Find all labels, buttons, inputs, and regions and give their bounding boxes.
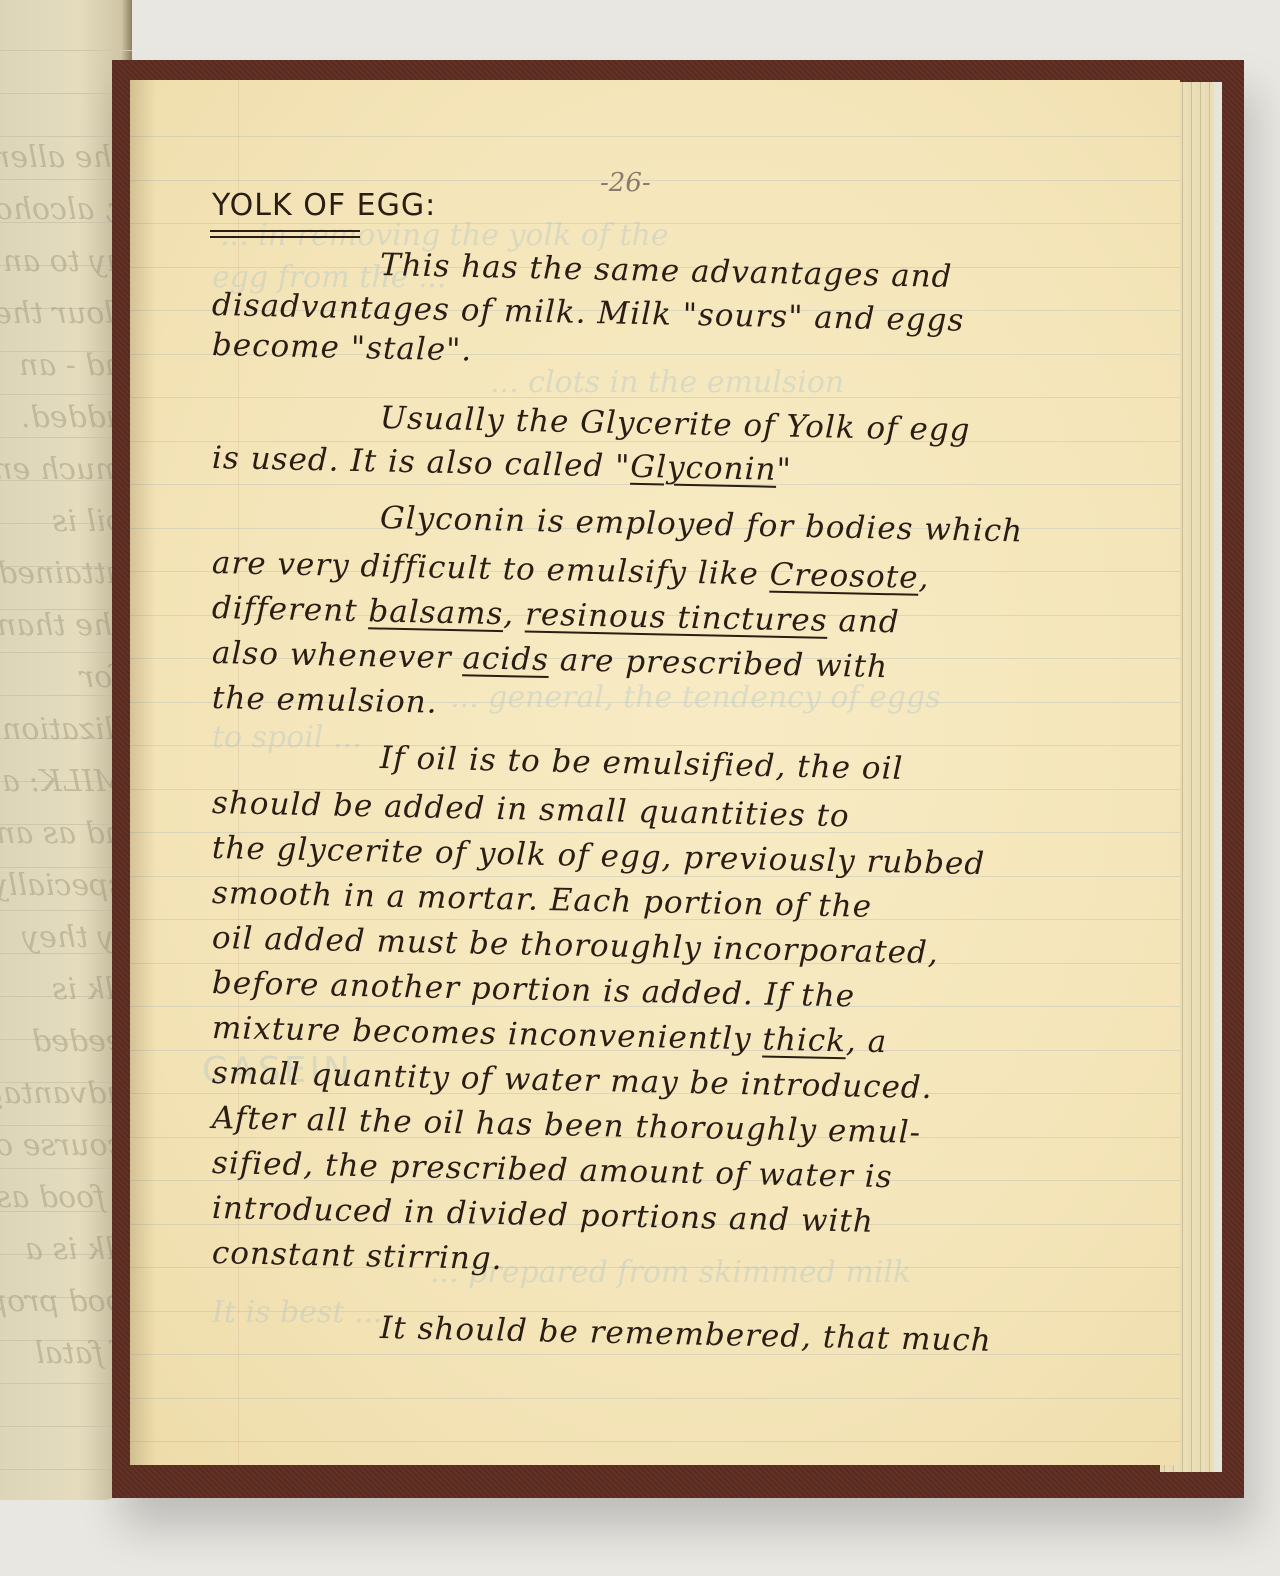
left-page-text: the than [0,608,124,643]
left-page-text: ood prop [0,1284,124,1319]
endpaper-edge [1214,82,1222,1472]
left-page-text: much em [0,452,124,487]
handwritten-line: small quantity of water may be introduce… [212,1055,933,1106]
handwritten-line: introduced in divided portions and with [212,1190,875,1240]
left-page-text: the allery [0,140,124,175]
ruled-line [0,50,132,51]
handwritten-line: should be added in small quantities to [212,785,850,834]
ruled-line [130,1354,1180,1355]
left-page-text: advantag [0,1076,124,1111]
left-page-text: eeded [32,1024,124,1059]
handwritten-line: It should be remembered, that much [380,1310,992,1359]
handwritten-line: This has the same advantages and [380,247,953,295]
handwritten-line: After all the oil has been thoroughly em… [212,1100,922,1151]
left-page-text: nd - an [19,348,124,383]
left-page-text: ly they [22,920,124,955]
ruled-line [130,136,1180,137]
handwritten-line: the glycerite of yolk of egg, previously… [212,830,986,882]
bleed-through-text: ... general, the tendency of eggs [450,680,941,715]
ruled-line [130,1441,1180,1442]
left-page-text: added. [21,400,124,435]
handwritten-line: the emulsion. [212,680,438,721]
left-page-text: r, alcohol [0,192,124,227]
bleed-through-text: ... clots in the emulsion [490,365,844,400]
handwritten-line: If oil is to be emulsified, the oil [380,740,904,787]
handwritten-line: constant stirring. [212,1235,503,1277]
left-page-text: l food as [0,1180,124,1215]
heading-underline [210,230,360,232]
handwritten-line: smooth in a mortar. Each portion of the [212,875,873,925]
handwritten-line: oil added must be thoroughly incorporate… [212,920,939,971]
left-page-text: ilization [2,712,124,747]
left-page-text: specially [0,868,124,903]
bleed-through-text: It is best ... [212,1295,383,1330]
left-page-text: ilk is a [25,1232,124,1267]
handwritten-line: before another portion is added. If the [212,965,856,1014]
left-page-text: f fatal [35,1336,124,1371]
handwritten-line: are very difficult to emulsify like Creo… [212,545,930,596]
handwritten-line: different balsams, resinous tinctures an… [212,590,900,640]
handwritten-line: become "stale". [212,327,473,368]
gutter-shadow [130,80,156,1465]
left-page-text: nd as an [0,816,124,851]
handwritten-line: sified, the prescribed amount of water i… [212,1145,893,1195]
bleed-through-text: to spoil ... [212,720,362,755]
handwritten-line: is used. It is also called "Glyconin" [212,440,792,488]
ruled-line [130,180,1180,181]
left-page-text: attained [0,556,124,591]
left-page-text: ay to an [3,244,124,279]
left-page-text: flour the [0,296,124,331]
handwritten-line: also whenever acids are prescribed with [212,635,889,685]
section-heading: YOLK OF EGG: [212,188,436,223]
left-page-text: course of [0,1128,124,1163]
ruled-line [130,1398,1180,1399]
left-page-text: MILK: a [2,764,124,799]
heading-underline [210,236,360,238]
notebook-page: CASEIN ... in removing the yolk of the e… [130,80,1180,1465]
page-number: -26- [600,168,651,198]
handwritten-line: Glyconin is employed for bodies which [380,500,1024,549]
